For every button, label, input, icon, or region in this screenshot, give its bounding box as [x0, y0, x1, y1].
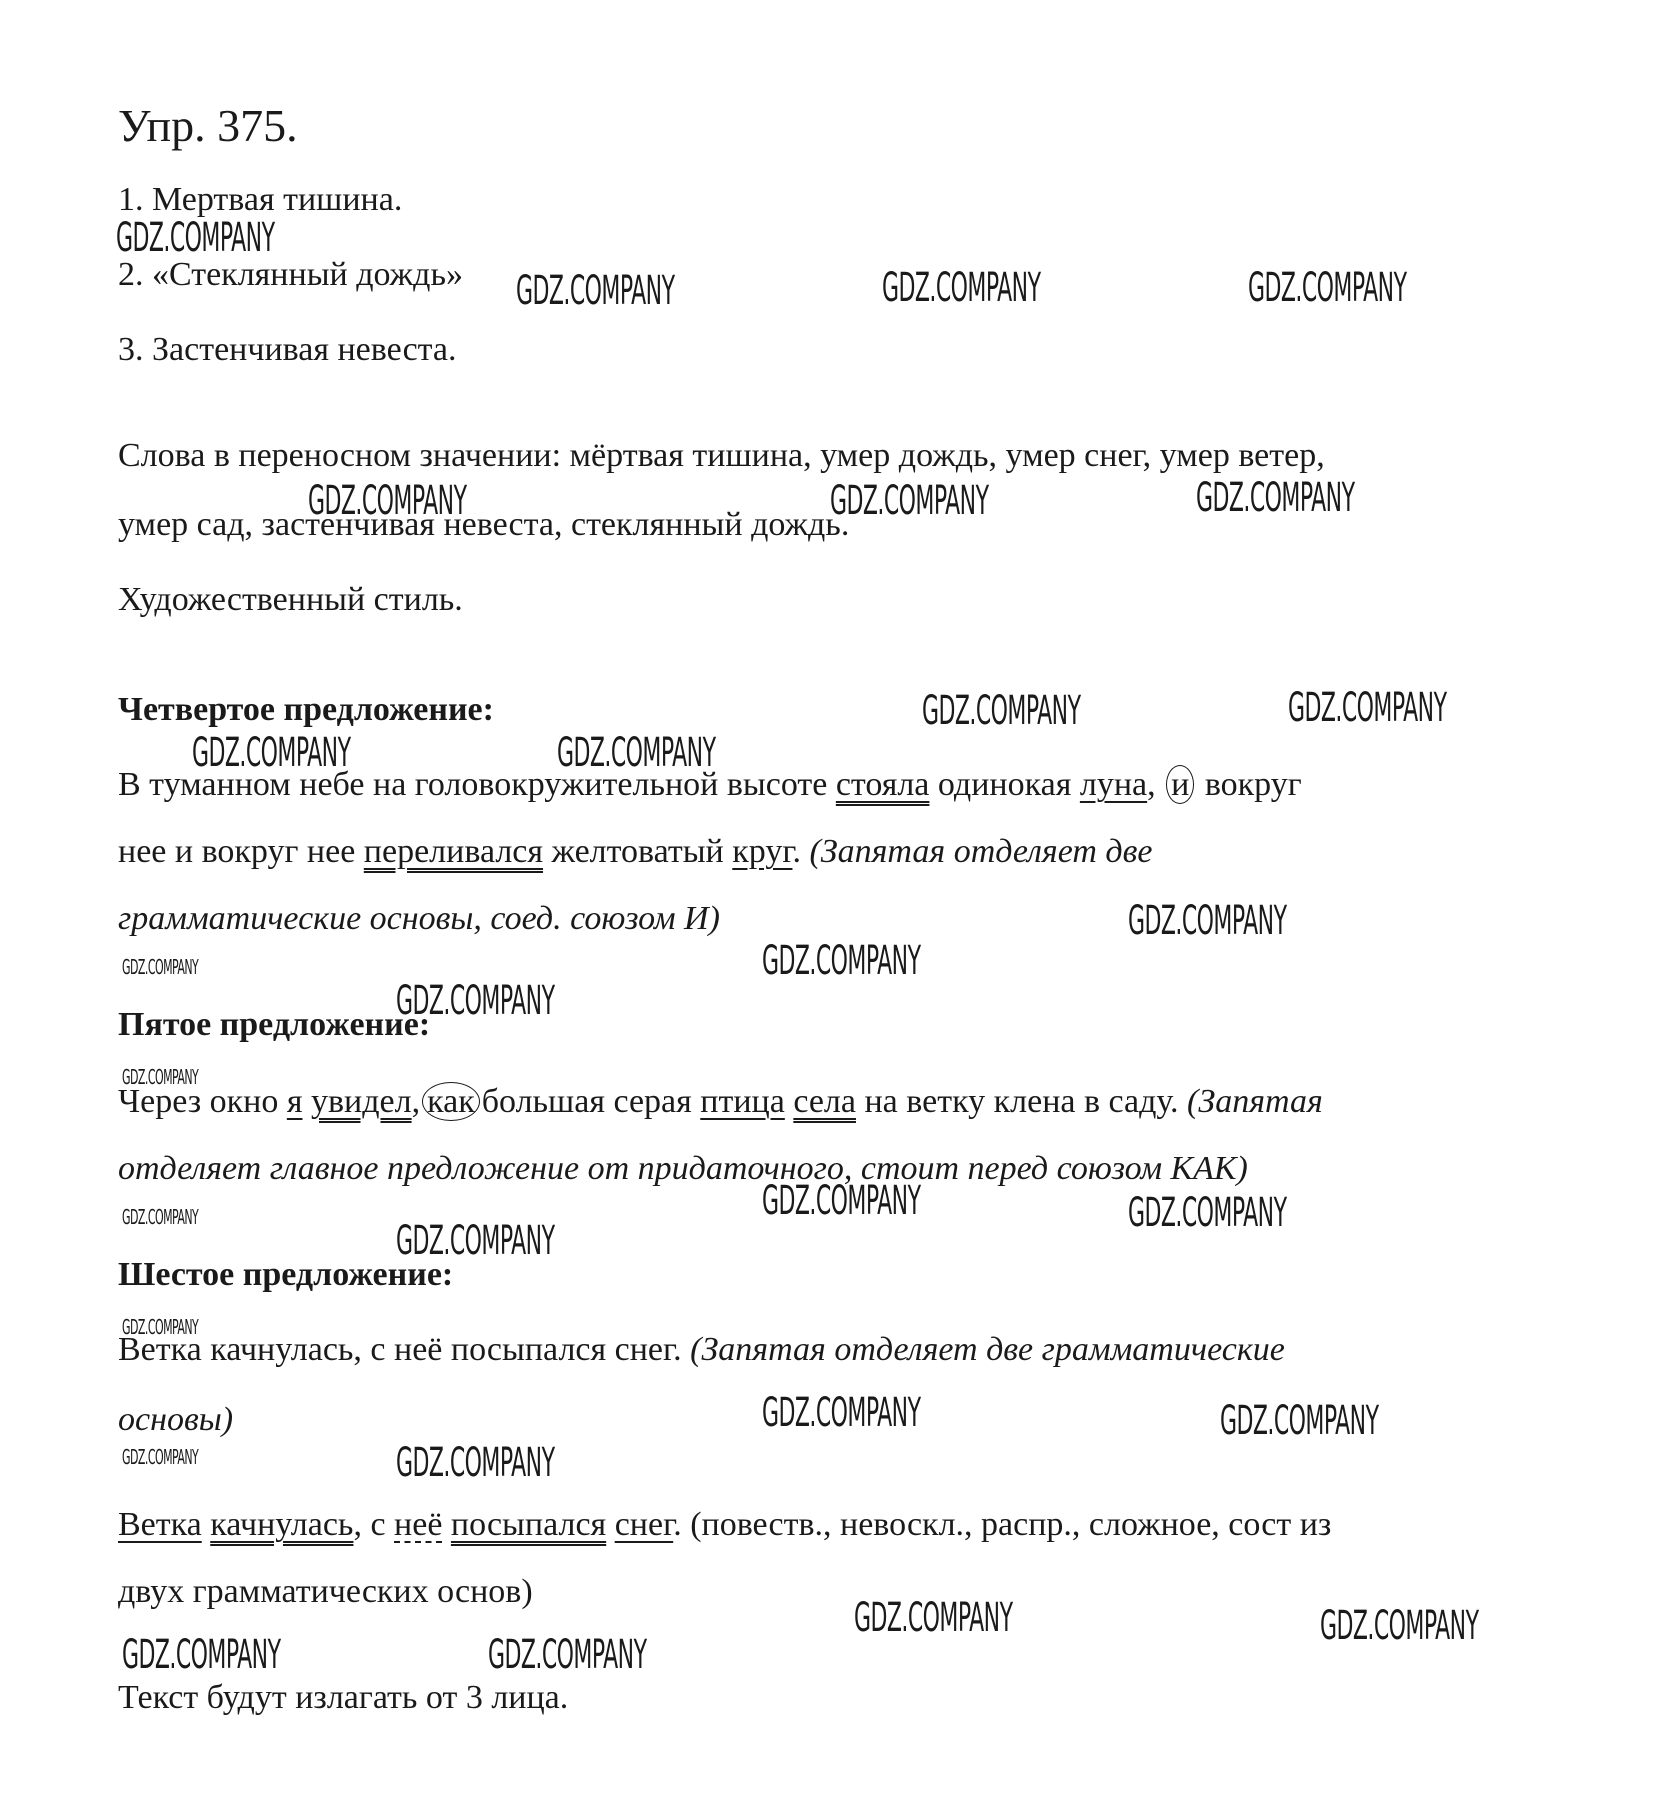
subject: я: [287, 1083, 303, 1120]
watermark: GDZ.COMPANY: [1128, 1190, 1286, 1236]
text: нее и вокруг нее: [118, 833, 364, 870]
watermark: GDZ.COMPANY: [557, 730, 715, 776]
predicate: села: [793, 1083, 856, 1120]
adverbial: неё: [394, 1506, 442, 1543]
watermark: GDZ.COMPANY: [396, 978, 554, 1024]
watermark: GDZ.COMPANY: [122, 1445, 198, 1469]
subject: луна: [1080, 766, 1147, 803]
list-item: 1. Мертвая тишина.: [118, 180, 402, 220]
watermark: GDZ.COMPANY: [122, 1065, 198, 1089]
subject: птица: [700, 1083, 785, 1120]
watermark: GDZ.COMPANY: [762, 938, 920, 984]
sentence-5-note: отделяет главное предложение от придаточ…: [118, 1149, 1248, 1189]
text: .: [792, 833, 809, 870]
text: [606, 1506, 615, 1543]
watermark: GDZ.COMPANY: [854, 1595, 1012, 1641]
text: вокруг: [1196, 766, 1301, 803]
text: на ветку клена в саду.: [856, 1083, 1187, 1120]
sentence-4-line-2: нее и вокруг нее переливался желтоватый …: [118, 832, 1152, 872]
style-statement: Художественный стиль.: [118, 580, 463, 620]
predicate: посыпался: [451, 1506, 606, 1543]
list-item: 3. Застенчивая невеста.: [118, 330, 457, 370]
watermark: GDZ.COMPANY: [762, 1390, 920, 1436]
note: (Запятая: [1187, 1083, 1323, 1120]
watermark: GDZ.COMPANY: [308, 478, 466, 524]
watermark: GDZ.COMPANY: [1196, 475, 1354, 521]
watermark: GDZ.COMPANY: [116, 215, 274, 261]
watermark: GDZ.COMPANY: [882, 265, 1040, 311]
watermark: GDZ.COMPANY: [762, 1178, 920, 1224]
subject: Ветка: [118, 1506, 202, 1543]
figurative-line-2: умер сад, застенчивая невеста, стеклянны…: [118, 505, 849, 545]
watermark: GDZ.COMPANY: [122, 1315, 198, 1339]
predicate: стояла: [836, 766, 930, 803]
sentence-6-line-1: Ветка качнулась, с неё посыпался снег. (…: [118, 1330, 1285, 1370]
conjunction-circled: и: [1166, 765, 1194, 804]
watermark: GDZ.COMPANY: [122, 1205, 198, 1229]
note: (Запятая отделяет две грамматические: [690, 1331, 1285, 1368]
watermark: GDZ.COMPANY: [516, 268, 674, 314]
text: [442, 1506, 451, 1543]
text: . (повеств., невоскл., распр., сложное, …: [673, 1506, 1331, 1543]
watermark: GDZ.COMPANY: [1288, 685, 1446, 731]
analysis-line-2: двух грамматических основ): [118, 1572, 533, 1612]
predicate: увидел: [311, 1083, 412, 1120]
text: желтоватый: [543, 833, 732, 870]
exercise-title: Упр. 375.: [118, 98, 298, 154]
predicate: качнулась: [210, 1506, 353, 1543]
sentence-5-heading: Пятое предложение:: [118, 1005, 430, 1045]
sentence-4-heading: Четвертое предложение:: [118, 690, 494, 730]
sentence-6-note: основы): [118, 1400, 233, 1440]
watermark: GDZ.COMPANY: [1128, 898, 1286, 944]
text: ,: [412, 1083, 421, 1120]
watermark: GDZ.COMPANY: [396, 1218, 554, 1264]
analysis-line-1: Ветка качнулась, с неё посыпался снег. (…: [118, 1505, 1331, 1545]
watermark: GDZ.COMPANY: [122, 1632, 280, 1678]
subject: круг: [732, 833, 792, 870]
watermark: GDZ.COMPANY: [192, 730, 350, 776]
watermark: GDZ.COMPANY: [830, 478, 988, 524]
watermark: GDZ.COMPANY: [1320, 1603, 1478, 1649]
conjunction-circled: как: [422, 1082, 480, 1121]
sentence-4-note: грамматические основы, соед. союзом И): [118, 899, 720, 939]
final-statement: Текст будут излагать от 3 лица.: [118, 1678, 568, 1718]
text: [302, 1083, 311, 1120]
watermark: GDZ.COMPANY: [922, 688, 1080, 734]
subject: снег: [615, 1506, 674, 1543]
text: , с: [353, 1506, 394, 1543]
figurative-line-1: Слова в переносном значении: мёртвая тиш…: [118, 436, 1325, 476]
text: большая серая: [482, 1083, 701, 1120]
watermark: GDZ.COMPANY: [122, 955, 198, 979]
text: одинокая: [929, 766, 1079, 803]
note: (Запятая отделяет две: [809, 833, 1152, 870]
text: [202, 1506, 211, 1543]
watermark: GDZ.COMPANY: [1220, 1398, 1378, 1444]
watermark: GDZ.COMPANY: [1248, 265, 1406, 311]
watermark: GDZ.COMPANY: [396, 1440, 554, 1486]
text: ,: [1147, 766, 1164, 803]
list-item: 2. «Стеклянный дождь»: [118, 255, 463, 295]
predicate: переливался: [364, 833, 543, 870]
sentence-5-line-1: Через окно я увидел,какбольшая серая пти…: [118, 1082, 1323, 1122]
watermark: GDZ.COMPANY: [488, 1632, 646, 1678]
text: Ветка качнулась, с неё посыпался снег.: [118, 1331, 690, 1368]
